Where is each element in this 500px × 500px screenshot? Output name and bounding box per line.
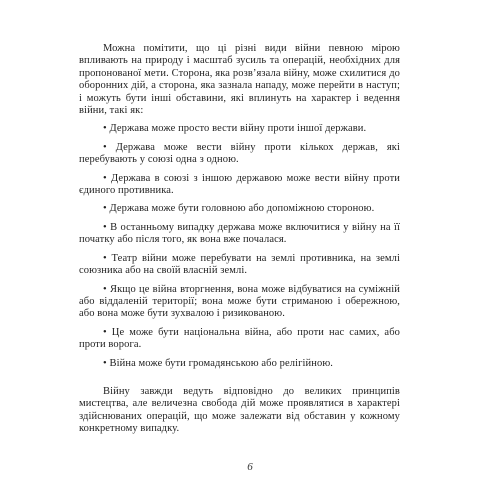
list-item: Якщо це війна вторгнення, вона може відб… — [79, 284, 400, 321]
list-item: Держава в союзі з іншою державою може ве… — [79, 173, 400, 198]
list-item: Держава може просто вести війну проти ін… — [79, 123, 400, 135]
war-variants-list: Держава може просто вести війну проти ін… — [79, 123, 400, 370]
list-item: Держава може бути головною або допоміжно… — [79, 203, 400, 215]
list-item: Це може бути національна війна, або прот… — [79, 327, 400, 352]
book-page: Можна помітити, що ці різні види війни п… — [0, 0, 500, 500]
list-item: Держава може вести війну проти кількох д… — [79, 142, 400, 167]
list-item: В останньому випадку держава може включи… — [79, 222, 400, 247]
closing-paragraph: Війну завжди ведуть відповідно до велики… — [79, 386, 400, 436]
intro-paragraph: Можна помітити, що ці різні види війни п… — [79, 43, 400, 117]
list-item: Театр війни може перебувати на землі про… — [79, 253, 400, 278]
list-item: Війна може бути громадянською або релігі… — [79, 358, 400, 370]
page-number: 6 — [0, 461, 500, 473]
